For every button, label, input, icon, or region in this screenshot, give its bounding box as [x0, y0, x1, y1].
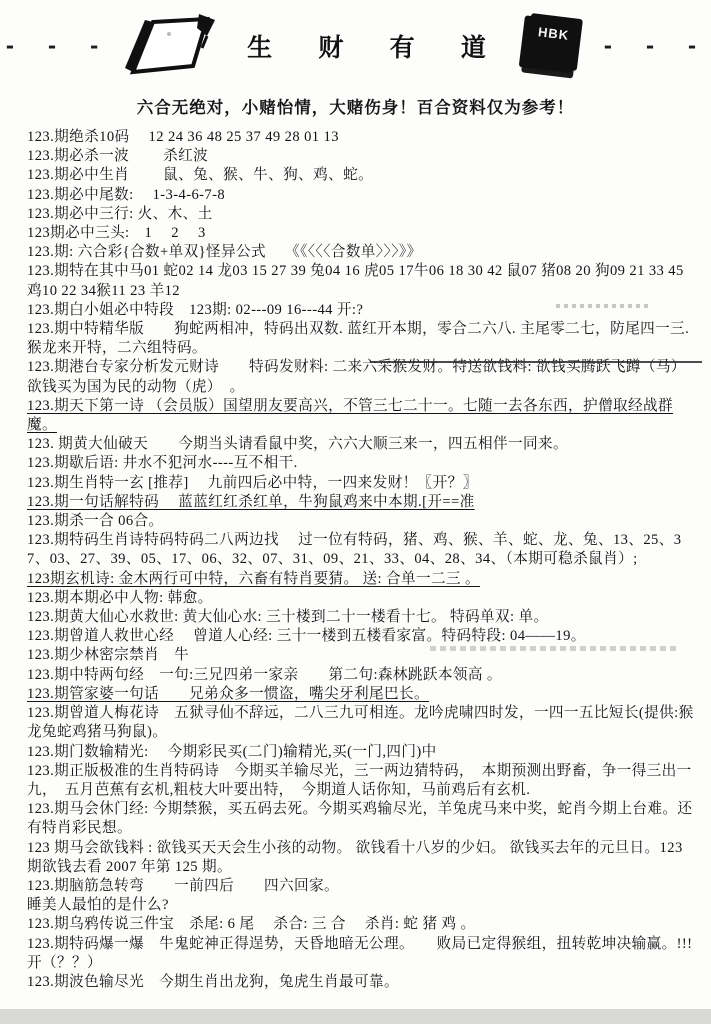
text-line: 123.期白小姐必中特段 123期: 02---09 16---44 开:?: [27, 301, 697, 320]
book-cover: [525, 13, 583, 71]
text-line: 123.期波色输尽光 今期生肖出龙狗，兔虎生肖最可靠。: [27, 973, 697, 992]
text-line: 123.期: 六合彩{合数+单双}怪异公式 《《〈〈〈合数单〉〉〉》》: [27, 243, 697, 262]
notebook-pen-icon: [119, 14, 223, 78]
text-line: 123.期港台专家分析发元财诗 特码发财料: 二来六采猴发财。特送欲钱料: 欲钱…: [27, 358, 697, 396]
content: 123.期绝杀10码 12 24 36 48 25 37 49 28 01 13…: [0, 128, 711, 992]
text-line: 123.期必杀一波 杀红波: [27, 147, 697, 166]
text-line: 123.期杀一合 06合。: [27, 512, 697, 531]
header-dashes-left: - - - - -: [0, 34, 109, 58]
text-line: 123.期曾道人救世心经 曾道人心经: 三十一楼到五楼看家富。特码特段: 04—…: [27, 627, 697, 646]
text-line: 123.期门数输精光: 今期彩民买(二门)输精光,买(一门,四门)中: [27, 743, 697, 762]
disclaimer-line: 六合无绝对，小赌怡情，大赌伤身！百合资料仅为参考！: [0, 94, 711, 118]
text-line: 123.期特在其中马01 蛇02 14 龙03 15 27 39 兔04 16 …: [27, 262, 697, 300]
text-line: 123.期中特精华版 狗蛇两相冲，特码出双数. 蓝红开本期，零合二六八. 主尾零…: [27, 320, 697, 358]
header-dashes-right: - - - - -: [602, 34, 711, 58]
text-line: 123期必中三头: 1 2 3: [27, 224, 697, 243]
scan-footer-gray-strip: [0, 1009, 711, 1024]
text-line: 123.期必中尾数: 1-3-4-6-7-8: [27, 186, 697, 205]
text-line: 123.期乌鸦传说三件宝 杀尾: 6 尾 杀合: 三 合 杀肖: 蛇 猪 鸡 。: [27, 915, 697, 934]
text-line: 123.期生肖特一玄 [推荐] 九前四后必中特，一四来发财！〖开？〗: [27, 474, 697, 493]
text-line: 123.期歇后语: 井水不犯河水----互不相干.: [27, 454, 697, 473]
text-line: 123.期特码生肖诗特码特码二八两边找 过一位有特码，猪、鸡、猴、羊、蛇、龙、兔…: [27, 531, 697, 569]
text-line: 123.期一句话解特码 蓝蓝红红杀红单，牛狗鼠鸡来中本期.[开==准: [27, 493, 697, 512]
text-line: 123.期绝杀10码 12 24 36 48 25 37 49 28 01 13: [27, 128, 697, 147]
text-line: 123.期必中生肖 鼠、兔、猴、牛、狗、鸡、蛇。: [27, 166, 697, 185]
text-line: 123.期本期必中人物: 韩愈。: [27, 589, 697, 608]
text-line: 123.期必中三行: 火、木、土: [27, 205, 697, 224]
text-line: 123.期马会休门经: 今期禁猴，买五码去死。今期买鸡输尽光，羊兔虎马来中奖，蛇…: [27, 800, 697, 838]
text-line: 123.期曾道人梅花诗 五狱寻仙不辞远，二八三九可相连。龙吟虎啸四时发，一四一五…: [27, 704, 697, 742]
black-book-icon: HBK: [518, 14, 592, 78]
text-line: 123.期特码爆一爆 牛鬼蛇神正得逞势，天昏地暗无公理。 败局已定得猴组，扭转乾…: [27, 935, 697, 973]
text-line: 123期玄机诗: 金木两行可中特，六畜有特肖要猜。 送: 合单一二三 。: [27, 570, 697, 589]
text-line: 123.期少林密宗禁肖 牛: [27, 646, 697, 665]
text-line: 睡美人最怕的是什么?: [27, 896, 697, 915]
text-line: 123.期中特两句经 一句:三兄四弟一家亲 第二句:森林跳跃本领高 。: [27, 666, 697, 685]
scanned-lottery-tip-sheet: - - - - - 生 财 有 道 HBK - - - - - 六合无绝对，小赌…: [0, 0, 711, 1024]
text-line: 123.期管家婆一句话 兄弟众多一惯盗，嘴尖牙利尾巴长。: [27, 685, 697, 704]
text-line: 123.期黄大仙心水救世: 黄大仙心水: 三十楼到二十一楼看十七。 特码单双: …: [27, 608, 697, 627]
page-title: 生 财 有 道: [247, 28, 506, 64]
text-line: 123.期正版极准的生肖特码诗 今期买羊输尽光，三一两边猜特码， 本期预测出野畜…: [27, 762, 697, 800]
text-line: 123.期脑筋急转弯 一前四后 四六回家。: [27, 877, 697, 896]
text-line: 123.期天下第一诗 （会员版）国望朋友要高兴，不管三七二十一。七随一去各东西，…: [27, 397, 697, 435]
text-line: 123. 期黄大仙破天 今期当头请看鼠中奖，六六大顺三来一，四五相伴一同来。: [27, 435, 697, 454]
text-line: 123 期马会欲钱料 : 欲钱买天天会生小孩的动物。 欲钱看十八岁的少妇。 欲钱…: [27, 839, 697, 877]
page-header: - - - - - 生 财 有 道 HBK - - - - -: [0, 0, 711, 80]
